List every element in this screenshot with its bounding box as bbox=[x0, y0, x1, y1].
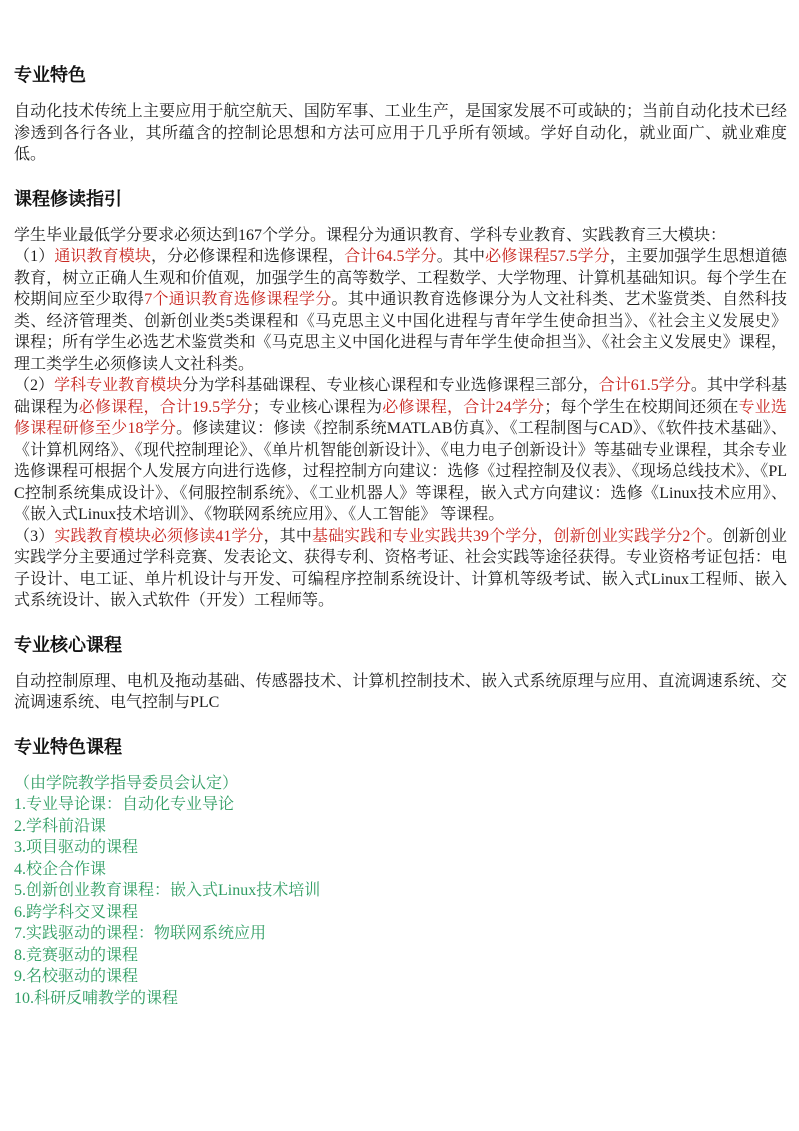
course-guide-paragraph: （2）学科专业教育模块分为学科基础课程、专业核心课程和专业选修课程三部分，合计6… bbox=[14, 375, 787, 526]
feature-course-list: （由学院教学指导委员会认定）1.专业导论课：自动化专业导论2.学科前沿课3.项目… bbox=[14, 773, 787, 1010]
text-run: 分为学科基础课程、专业核心课程和专业选修课程三部分， bbox=[182, 377, 599, 394]
text-run: ，分必修课程和选修课程， bbox=[151, 248, 344, 265]
text-run: （2） bbox=[14, 377, 54, 394]
heading-core-courses: 专业核心课程 bbox=[14, 632, 787, 658]
text-run: （1） bbox=[14, 248, 54, 265]
highlight-run: 基础实践和专业实践共39个学分，创新创业实践学分2个 bbox=[312, 528, 707, 545]
highlight-run: 必修课程，合计19.5学分 bbox=[79, 399, 253, 416]
feature-course-item: 6.跨学科交叉课程 bbox=[14, 902, 787, 924]
highlight-run: 学科专业教育模块 bbox=[54, 377, 182, 394]
heading-major-features: 专业特色 bbox=[14, 62, 787, 88]
highlight-run: 合计64.5学分 bbox=[344, 248, 437, 265]
feature-course-item: 2.学科前沿课 bbox=[14, 816, 787, 838]
paragraph-major-features: 自动化技术传统上主要应用于航空航天、国防军事、工业生产，是国家发展不可或缺的；当… bbox=[14, 101, 787, 166]
document-page: 专业特色 自动化技术传统上主要应用于航空航天、国防军事、工业生产，是国家发展不可… bbox=[0, 0, 799, 1009]
text-run: ，其中 bbox=[264, 528, 312, 545]
text-run: （3） bbox=[14, 528, 54, 545]
feature-course-item: 7.实践驱动的课程：物联网系统应用 bbox=[14, 923, 787, 945]
highlight-run: 实践教育模块必须修读41学分 bbox=[54, 528, 263, 545]
heading-feature-courses: 专业特色课程 bbox=[14, 734, 787, 760]
text-run: ；专业核心课程为 bbox=[253, 399, 383, 416]
section-course-guide: 课程修读指引 学生毕业最低学分要求必须达到167个学分。课程分为通识教育、学科专… bbox=[14, 186, 787, 612]
feature-course-item: 3.项目驱动的课程 bbox=[14, 837, 787, 859]
section-core-courses: 专业核心课程 自动控制原理、电机及拖动基础、传感器技术、计算机控制技术、嵌入式系… bbox=[14, 632, 787, 714]
feature-course-item: 10.科研反哺教学的课程 bbox=[14, 988, 787, 1010]
feature-course-item: 9.名校驱动的课程 bbox=[14, 966, 787, 988]
text-run: 。其中 bbox=[437, 248, 485, 265]
feature-course-item: 8.竞赛驱动的课程 bbox=[14, 945, 787, 967]
feature-course-item: （由学院教学指导委员会认定） bbox=[14, 773, 787, 795]
text-run: ；每个学生在校期间还须在 bbox=[544, 399, 738, 416]
section-major-features: 专业特色 自动化技术传统上主要应用于航空航天、国防军事、工业生产，是国家发展不可… bbox=[14, 62, 787, 166]
highlight-run: 7个通识教育选修课程学分 bbox=[144, 291, 331, 308]
section-feature-courses: 专业特色课程 （由学院教学指导委员会认定）1.专业导论课：自动化专业导论2.学科… bbox=[14, 734, 787, 1010]
feature-course-item: 5.创新创业教育课程：嵌入式Linux技术培训 bbox=[14, 880, 787, 902]
feature-course-item: 4.校企合作课 bbox=[14, 859, 787, 881]
heading-course-guide: 课程修读指引 bbox=[14, 186, 787, 212]
highlight-run: 必修课程，合计24学分 bbox=[382, 399, 544, 416]
feature-course-item: 1.专业导论课：自动化专业导论 bbox=[14, 794, 787, 816]
course-guide-paragraph: 学生毕业最低学分要求必须达到167个学分。课程分为通识教育、学科专业教育、实践教… bbox=[14, 225, 787, 247]
highlight-run: 通识教育模块 bbox=[54, 248, 151, 265]
paragraph-core-courses: 自动控制原理、电机及拖动基础、传感器技术、计算机控制技术、嵌入式系统原理与应用、… bbox=[14, 671, 787, 714]
text-run: 学生毕业最低学分要求必须达到167个学分。课程分为通识教育、学科专业教育、实践教… bbox=[14, 227, 726, 244]
course-guide-paragraph: （1）通识教育模块，分必修课程和选修课程，合计64.5学分。其中必修课程57.5… bbox=[14, 246, 787, 375]
highlight-run: 合计61.5学分 bbox=[599, 377, 691, 394]
course-guide-paragraphs: 学生毕业最低学分要求必须达到167个学分。课程分为通识教育、学科专业教育、实践教… bbox=[14, 225, 787, 612]
course-guide-paragraph: （3）实践教育模块必须修读41学分，其中基础实践和专业实践共39个学分，创新创业… bbox=[14, 526, 787, 612]
highlight-run: 必修课程57.5学分 bbox=[485, 248, 610, 265]
